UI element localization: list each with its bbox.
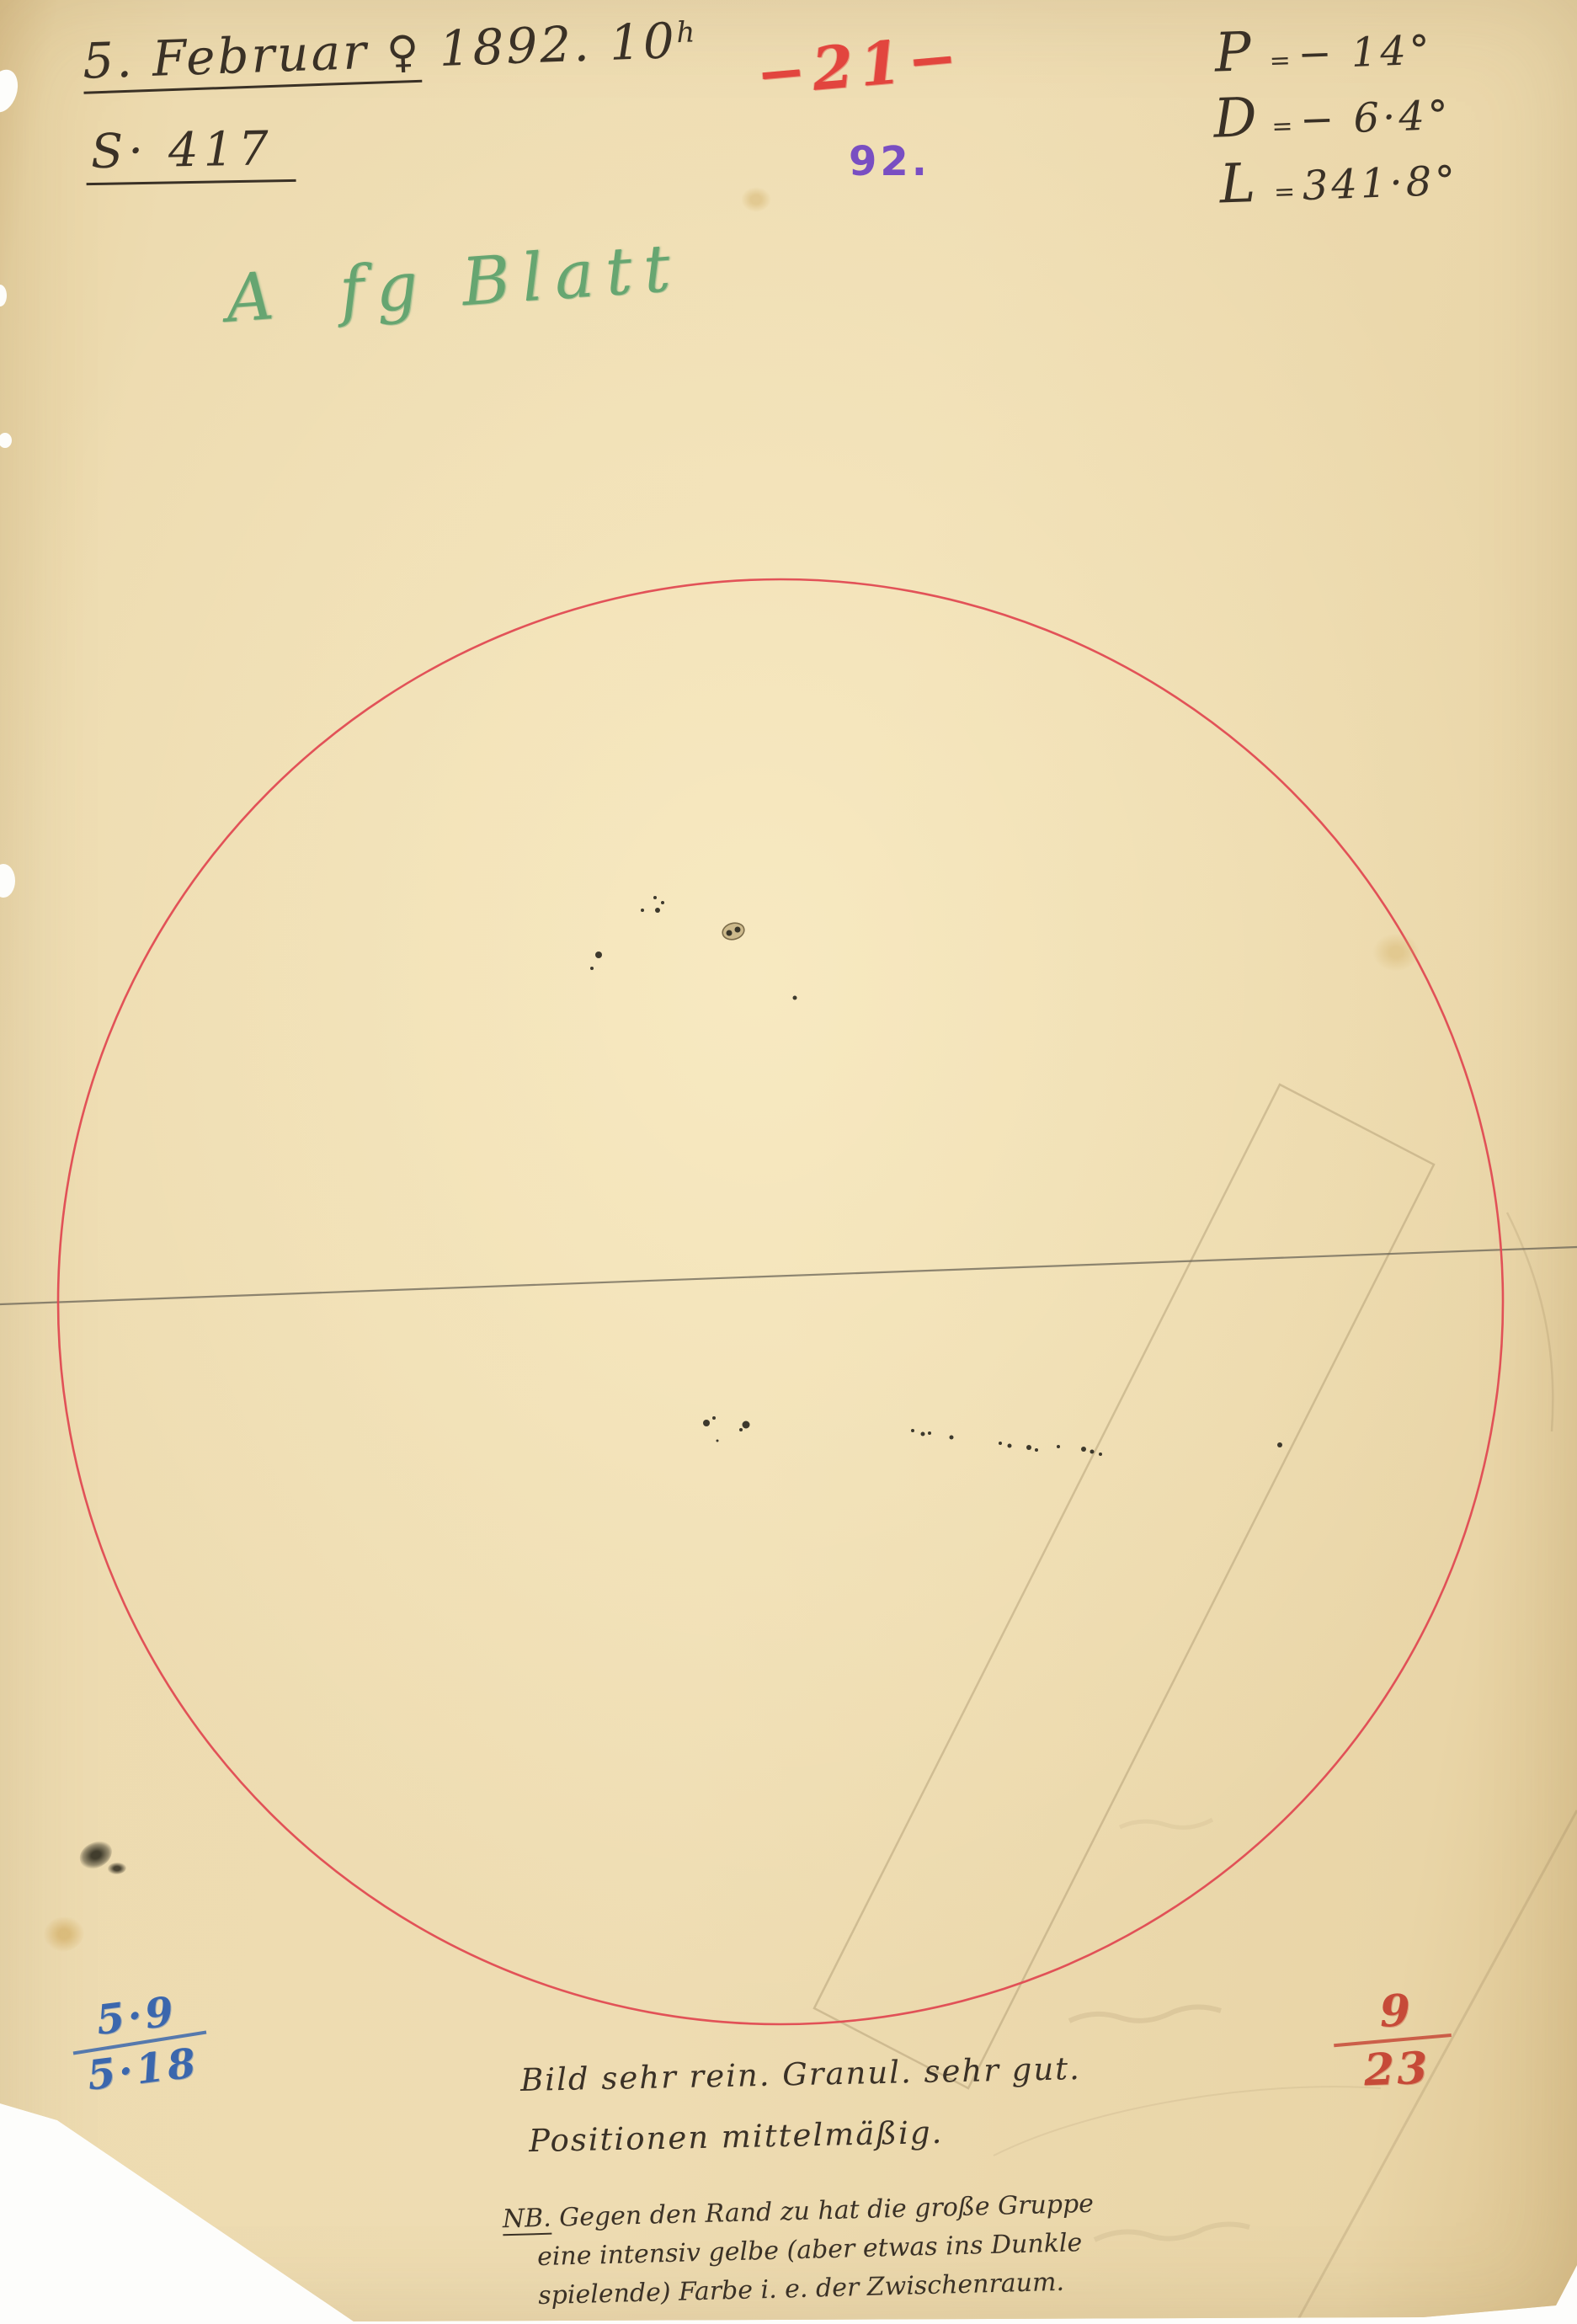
sunspot	[590, 967, 594, 970]
fraction-denominator: 23	[1340, 2042, 1453, 2097]
solar-disk-circle	[58, 579, 1503, 2024]
sunspot	[793, 996, 797, 1000]
red-crayon-fraction: 9 23	[1339, 1984, 1453, 2097]
sunspot	[1057, 1445, 1060, 1448]
sunspot	[1277, 1442, 1282, 1447]
blue-crayon-fraction: 5·9 5·18	[67, 1985, 212, 2102]
sunspot	[999, 1442, 1002, 1445]
coordinate-row-d: D = − 6·4°	[1198, 80, 1457, 152]
sunspot	[1026, 1445, 1031, 1450]
equals-sign: =	[1271, 111, 1301, 141]
nb-label: NB.	[502, 2204, 551, 2236]
coordinate-value: 341·8°	[1302, 157, 1459, 210]
coordinate-label: P	[1196, 20, 1271, 85]
scanned-observation-sheet: 5. Februar ♀ 1892. 10h S· 417 −21− 92. P…	[0, 0, 1577, 2324]
sunspot	[1099, 1452, 1102, 1456]
sunspot	[655, 908, 660, 913]
sunspot	[1090, 1450, 1095, 1454]
violet-stamp-number: 92.	[849, 138, 930, 185]
coordinate-row-l: L = 341·8°	[1200, 146, 1459, 217]
coordinate-label: D	[1198, 86, 1273, 151]
fraction-numerator: 9	[1339, 1984, 1452, 2039]
green-initial: A	[224, 256, 310, 338]
series-number: S· 417	[85, 121, 296, 185]
heliographic-coordinates: P = − 14° D = − 6·4° L = 341·8°	[1196, 14, 1459, 221]
equals-sign: =	[1269, 45, 1298, 76]
sunspot	[1008, 1444, 1012, 1448]
nota-bene-note: NB. Gegen den Rand zu hat die große Grup…	[502, 2185, 1096, 2316]
paper-sheet: 5. Februar ♀ 1892. 10h S· 417 −21− 92. P…	[0, 0, 1577, 2324]
sunspot	[727, 930, 733, 936]
sunspot	[928, 1431, 931, 1435]
sunspot-penumbra	[721, 920, 746, 941]
sunspot	[735, 927, 741, 933]
date-text: 5. Februar	[82, 23, 370, 90]
sunspot	[739, 1428, 743, 1431]
sunspot	[712, 1416, 716, 1420]
hour-unit: h	[676, 15, 698, 50]
equals-sign: =	[1273, 177, 1303, 207]
coordinate-label: L	[1200, 152, 1275, 216]
solar-disk-drawing	[0, 0, 1577, 2324]
coordinate-value: − 6·4°	[1299, 92, 1452, 144]
crease-line	[994, 2087, 1381, 2156]
sunspot	[743, 1421, 750, 1429]
venus-icon: ♀	[386, 27, 422, 78]
crease-line	[1507, 1213, 1553, 1431]
hour-text: 10	[609, 12, 678, 72]
sunspot	[911, 1429, 914, 1432]
sunspot	[1081, 1447, 1086, 1452]
sunspot	[641, 909, 644, 912]
sunspot	[1035, 1448, 1038, 1452]
sunspot	[595, 951, 602, 958]
ghost-writing-impression	[1069, 2007, 1221, 2021]
sunspot	[950, 1436, 954, 1440]
ghost-writing-impression	[1095, 2224, 1249, 2240]
sunspot	[661, 901, 664, 904]
coordinate-row-p: P = − 14°	[1196, 14, 1455, 86]
sunspot	[653, 896, 657, 899]
coordinate-value: − 14°	[1297, 27, 1433, 79]
year-text: 1892.	[438, 15, 592, 77]
sunspot	[921, 1432, 925, 1437]
sunspot	[717, 1440, 719, 1442]
sunspot	[703, 1420, 710, 1426]
ghost-writing-impression	[1120, 1820, 1212, 1827]
sunspot-group	[590, 896, 1282, 1456]
pencil-diameter-line	[0, 1247, 1577, 1304]
